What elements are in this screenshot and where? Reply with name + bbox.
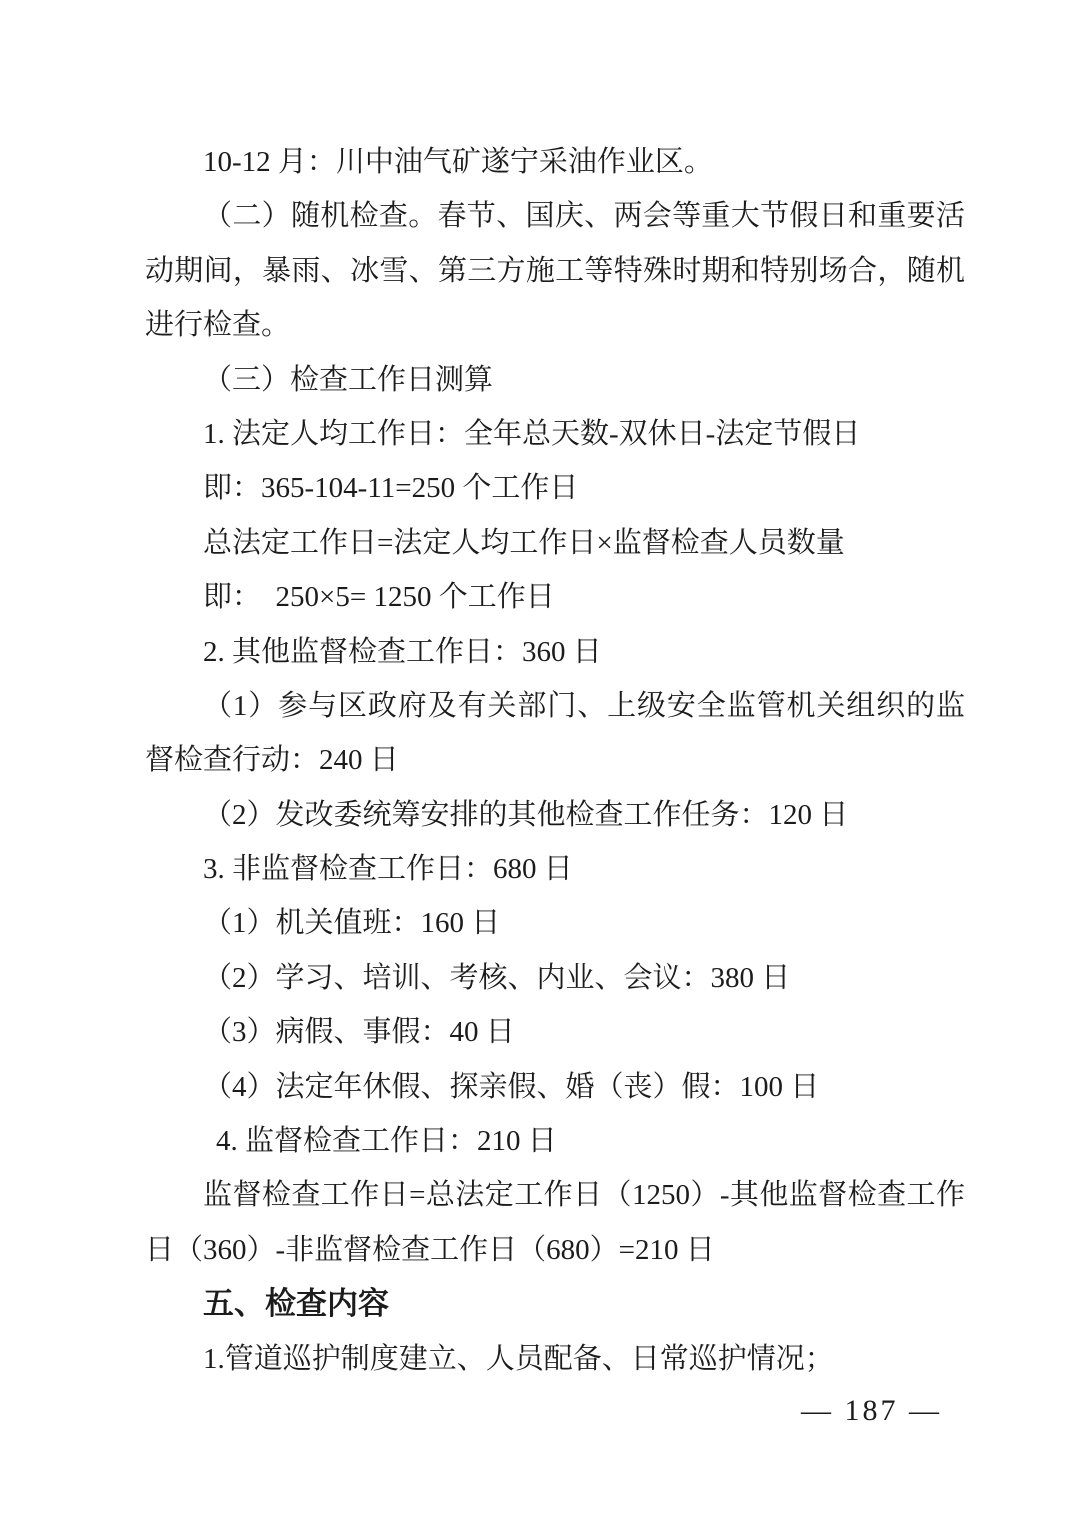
doc-line-item4-formula-b: 日（360）-非监督检查工作日（680）=210 日 [145, 1223, 965, 1277]
doc-line-item3-sub1: （1）机关值班：160 日 [145, 896, 965, 950]
doc-line-item4-heading: 4. 监督检查工作日：210 日 [145, 1114, 965, 1168]
section-heading-inspection-content: 五、检查内容 [145, 1277, 965, 1331]
doc-line-item2-sub1-b: 督检查行动：240 日 [145, 733, 965, 787]
document-page: 10-12 月：川中油气矿遂宁采油作业区。 （二）随机检查。春节、国庆、两会等重… [0, 0, 1074, 1520]
doc-line-item2-sub1-a: （1）参与区政府及有关部门、上级安全监管机关组织的监 [145, 679, 965, 733]
doc-line-item1-formula: 1. 法定人均工作日：全年总天数-双休日-法定节假日 [145, 407, 965, 461]
doc-line-random-check-2: 动期间，暴雨、冰雪、第三方施工等特殊时期和特别场合，随机 [145, 244, 965, 298]
doc-line-item3-sub3: （3）病假、事假：40 日 [145, 1005, 965, 1059]
doc-line-item2-heading: 2. 其他监督检查工作日：360 日 [145, 625, 965, 679]
doc-line-item1-result: 即：365-104-11=250 个工作日 [145, 461, 965, 515]
doc-line-subheading-workday-calc: （三）检查工作日测算 [145, 353, 965, 407]
doc-line-total-result: 即： 250×5= 1250 个工作日 [145, 570, 965, 624]
page-number: — 187 — [801, 1394, 942, 1428]
doc-line-item3-sub2: （2）学习、培训、考核、内业、会议：380 日 [145, 951, 965, 1005]
doc-line-item3-sub4: （4）法定年休假、探亲假、婚（丧）假：100 日 [145, 1060, 965, 1114]
doc-line-item3-heading: 3. 非监督检查工作日：680 日 [145, 842, 965, 896]
doc-line-random-check-3: 进行检查。 [145, 298, 965, 352]
doc-line-item4-formula-a: 监督检查工作日=总法定工作日（1250）-其他监督检查工作 [145, 1168, 965, 1222]
doc-line-total-formula: 总法定工作日=法定人均工作日×监督检查人员数量 [145, 516, 965, 570]
doc-line-item2-sub2: （2）发改委统筹安排的其他检查工作任务：120 日 [145, 788, 965, 842]
doc-line-random-check-1: （二）随机检查。春节、国庆、两会等重大节假日和重要活 [145, 189, 965, 243]
doc-line-content-item1: 1.管道巡护制度建立、人员配备、日常巡护情况； [145, 1332, 965, 1386]
doc-line-period-oct-dec: 10-12 月：川中油气矿遂宁采油作业区。 [145, 135, 965, 189]
document-body: 10-12 月：川中油气矿遂宁采油作业区。 （二）随机检查。春节、国庆、两会等重… [145, 135, 965, 1386]
